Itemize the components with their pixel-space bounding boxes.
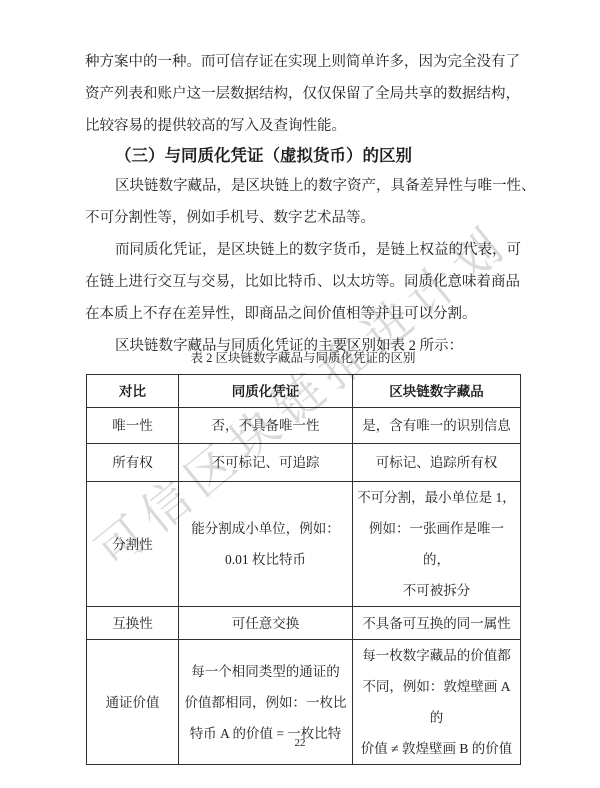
row-label-cell: 互换性: [87, 607, 179, 640]
comparison-table: 对比 同质化凭证 区块链数字藏品 唯一性 否，不具备唯一性 是，含有唯一的识别信…: [86, 374, 521, 765]
fungible-cell: 不可标记、可追踪: [179, 444, 353, 482]
nft-cell: 是，含有唯一的识别信息: [353, 408, 521, 444]
paragraph-line: 种方案中的一种。而可信存证在实现上则简单许多，因为完全没有了: [85, 46, 519, 78]
table-caption: 表 2 区块链数字藏品与同质化凭证的区别: [86, 349, 520, 367]
table-header-cell: 区块链数字藏品: [353, 375, 521, 408]
paragraph-line: 在链上进行交互与交易，比如比特币、以太坊等。同质化意味着商品: [85, 266, 519, 298]
paragraph-1: 种方案中的一种。而可信存证在实现上则简单许多，因为完全没有了 资产列表和账户这一…: [85, 46, 519, 142]
paragraph-2: 区块链数字藏品，是区块链上的数字资产，具备差异性与唯一性、 不可分割性等，例如手…: [85, 170, 519, 234]
nft-cell: 可标记、追踪所有权: [353, 444, 521, 482]
section-heading: （三）与同质化凭证（虚拟货币）的区别: [85, 142, 519, 170]
row-label-cell: 分割性: [87, 482, 179, 607]
paragraph-line: 比较容易的提供较高的写入及查询性能。: [85, 110, 519, 142]
paragraph-3: 而同质化凭证，是区块链上的数字货币，是链上权益的代表，可 在链上进行交互与交易，…: [85, 234, 519, 330]
table-row: 分割性 能分割成小单位，例如： 0.01 枚比特币 不可分割，最小单位是 1， …: [87, 482, 521, 607]
fungible-cell: 可任意交换: [179, 607, 353, 640]
table-row: 唯一性 否，不具备唯一性 是，含有唯一的识别信息: [87, 408, 521, 444]
paragraph-line: 区块链数字藏品，是区块链上的数字资产，具备差异性与唯一性、: [85, 170, 519, 202]
page-number: 22: [0, 737, 600, 749]
table-header-cell: 对比: [87, 375, 179, 408]
table-header-cell: 同质化凭证: [179, 375, 353, 408]
paragraph-line: 资产列表和账户这一层数据结构，仅仅保留了全局共享的数据结构，: [85, 78, 519, 110]
fungible-cell: 能分割成小单位，例如： 0.01 枚比特币: [179, 482, 353, 607]
table-row: 互换性 可任意交换 不具备可互换的同一属性: [87, 607, 521, 640]
table-row: 所有权 不可标记、可追踪 可标记、追踪所有权: [87, 444, 521, 482]
table-header-row: 对比 同质化凭证 区块链数字藏品: [87, 375, 521, 408]
document-page: 可信区块链推进计划 种方案中的一种。而可信存证在实现上则简单许多，因为完全没有了…: [0, 0, 600, 788]
paragraph-line: 在本质上不存在差异性，即商品之间价值相等并且可以分割。: [85, 298, 519, 330]
nft-cell: 不可分割，最小单位是 1， 例如：一张画作是唯一的， 不可被拆分: [353, 482, 521, 607]
nft-cell: 不具备可互换的同一属性: [353, 607, 521, 640]
row-label-cell: 唯一性: [87, 408, 179, 444]
body-text: 种方案中的一种。而可信存证在实现上则简单许多，因为完全没有了 资产列表和账户这一…: [85, 46, 519, 362]
paragraph-line: 而同质化凭证，是区块链上的数字货币，是链上权益的代表，可: [85, 234, 519, 266]
row-label-cell: 所有权: [87, 444, 179, 482]
paragraph-line: 不可分割性等，例如手机号、数字艺术品等。: [85, 202, 519, 234]
fungible-cell: 否，不具备唯一性: [179, 408, 353, 444]
